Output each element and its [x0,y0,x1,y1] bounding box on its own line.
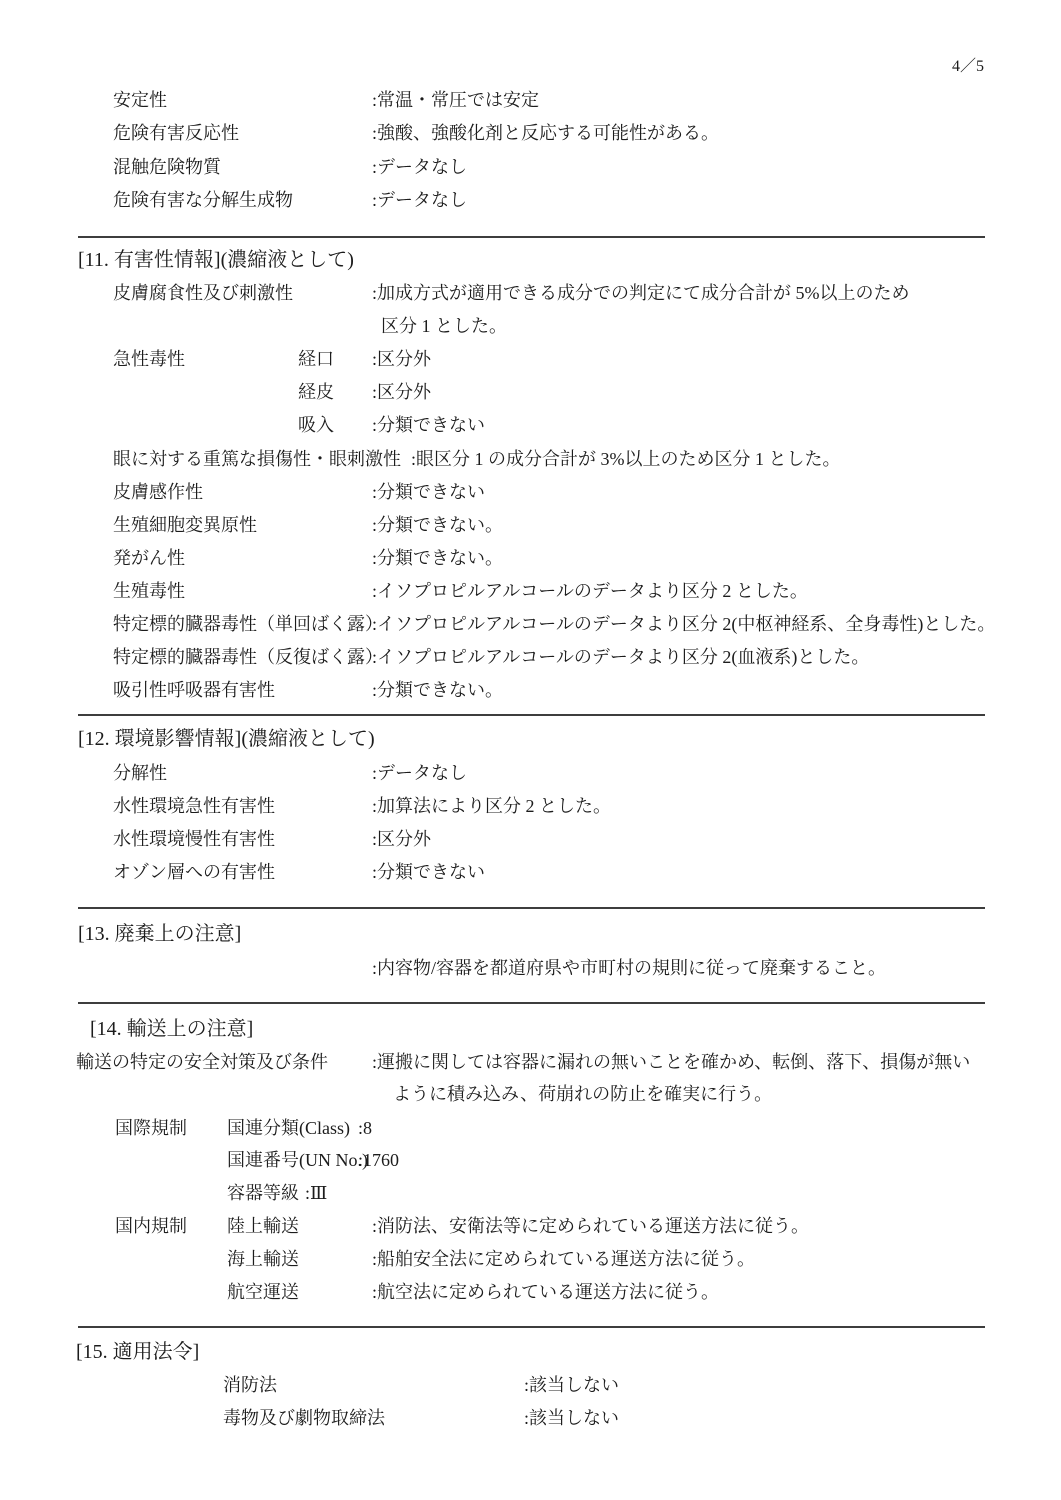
row-value: :分類できない [372,413,485,438]
route-label: 経皮 [298,380,334,405]
row-label: 消防法 [223,1373,277,1398]
row-value: :分類できない。 [372,513,503,538]
row-value: :8 [358,1116,372,1141]
row-label: 水性環境慢性有害性 [113,827,275,852]
row-label: 輸送の特定の安全対策及び条件 [76,1050,328,1075]
environment-row: 水性環境急性有害性 :加算法により区分 2 とした。 [0,794,1061,819]
environment-row: 分解性 :データなし [0,761,1061,786]
row-value: :Ⅲ [305,1181,327,1206]
row-value: :イソプロピルアルコールのデータより区分 2(中枢神経系、全身毒性)とした。 [372,612,995,637]
hazard-row: 発がん性 :分類できない。 [0,546,1061,571]
row-value: :該当しない [524,1373,619,1398]
section-divider [78,907,985,909]
row-value: :常温・常圧では安定 [372,88,539,113]
row-value-continued: ように積み込み、荷崩れの防止を確実に行う。 [393,1082,772,1107]
applicable-law-row: 消防法 :該当しない [0,1373,1061,1398]
applicable-law-row: 毒物及び劇物取締法 :該当しない [0,1406,1061,1431]
row-value: :分類できない [372,480,485,505]
skin-corrosion-row: 皮膚腐食性及び刺激性 :加成方式が適用できる成分での判定にて成分合計が 5%以上… [0,281,1061,306]
section-12-title: [12. 環境影響情報](濃縮液として) [78,726,375,753]
international-regulation-row: 容器等級 :Ⅲ [0,1181,1061,1206]
international-regulation-row: 国際規制 国連分類(Class) :8 [0,1116,1061,1141]
row-value: :分類できない。 [372,546,503,571]
row-label: 急性毒性 [113,347,185,372]
row-label: 分解性 [113,761,167,786]
international-regulation-row: 国連番号(UN No.) :1760 [0,1148,1061,1173]
skin-corrosion-row-line2: 区分 1 とした。 [0,314,1061,339]
hazard-row: 生殖細胞変異原性 :分類できない。 [0,513,1061,538]
row-label: 国連分類(Class) [227,1116,350,1141]
row-value: :区分外 [372,827,431,852]
row-label: 吸引性呼吸器有害性 [113,678,275,703]
row-label: 容器等級 [227,1181,299,1206]
row-label: 特定標的臓器毒性（反復ばく露） [113,645,383,670]
section-14-title: [14. 輸送上の注意] [90,1016,253,1043]
row-value: :消防法、安衛法等に定められている運送方法に従う。 [372,1214,809,1239]
eye-damage-row: 眼に対する重篤な損傷性・眼刺激性 :眼区分 1 の成分合計が 3%以上のため区分… [0,447,1061,472]
row-label: 生殖細胞変異原性 [113,513,257,538]
row-value: :眼区分 1 の成分合計が 3%以上のため区分 1 とした。 [411,447,841,472]
section-11-title: [11. 有害性情報](濃縮液として) [78,247,354,274]
route-label: 経口 [298,347,334,372]
route-label: 吸入 [298,413,334,438]
hazard-row: 吸引性呼吸器有害性 :分類できない。 [0,678,1061,703]
section-15-title: [15. 適用法令] [76,1339,199,1366]
row-label: 航空運送 [227,1280,299,1305]
disposal-row: :内容物/容器を都道府県や市町村の規則に従って廃棄すること。 [0,956,1061,981]
row-value: :運搬に関しては容器に漏れの無いことを確かめ、転倒、落下、損傷が無い [372,1050,970,1075]
row-value: :データなし [372,188,467,213]
row-value: :分類できない [372,860,485,885]
row-label: 安定性 [113,88,167,113]
row-value: :データなし [372,761,467,786]
row-value: :1760 [358,1148,399,1173]
page-number: 4／5 [952,56,984,78]
acute-toxicity-row: 経皮 :区分外 [0,380,1061,405]
row-value: :分類できない。 [372,678,503,703]
acute-toxicity-row: 吸入 :分類できない [0,413,1061,438]
hazard-row: 皮膚感作性 :分類できない [0,480,1061,505]
acute-toxicity-row: 急性毒性 経口 :区分外 [0,347,1061,372]
row-label: 皮膚感作性 [113,480,203,505]
row-value: :船舶安全法に定められている運送方法に従う。 [372,1247,755,1272]
domestic-regulation-row: 国内規制 陸上輸送 :消防法、安衛法等に定められている運送方法に従う。 [0,1214,1061,1239]
row-value: :イソプロピルアルコールのデータより区分 2(血液系)とした。 [372,645,869,670]
row-label: 発がん性 [113,546,185,571]
row-label: 陸上輸送 [227,1214,299,1239]
row-label: 水性環境急性有害性 [113,794,275,819]
row-label: オゾン層への有害性 [113,860,275,885]
row-value: :加算法により区分 2 とした。 [372,794,611,819]
row-label: 危険有害な分解生成物 [113,188,293,213]
hazard-row: 特定標的臓器毒性（単回ばく露） :イソプロピルアルコールのデータより区分 2(中… [0,612,1061,637]
group-label: 国際規制 [115,1116,187,1141]
row-value: :該当しない [524,1406,619,1431]
sds-document-page: 4／5 安定性 :常温・常圧では安定 危険有害反応性 :強酸、強酸化剤と反応する… [0,0,1061,1500]
transport-safety-row-line2: ように積み込み、荷崩れの防止を確実に行う。 [0,1082,1061,1107]
section-divider [78,1326,985,1328]
row-value: :区分外 [372,347,431,372]
row-label: 混触危険物質 [113,155,221,180]
row-value: :データなし [372,155,467,180]
row-label: 皮膚腐食性及び刺激性 [113,281,293,306]
domestic-regulation-row: 海上輸送 :船舶安全法に定められている運送方法に従う。 [0,1247,1061,1272]
row-value: :航空法に定められている運送方法に従う。 [372,1280,719,1305]
section-divider [78,714,985,716]
row-value: :区分外 [372,380,431,405]
hazard-row: 特定標的臓器毒性（反復ばく露） :イソプロピルアルコールのデータより区分 2(血… [0,645,1061,670]
row-label: 特定標的臓器毒性（単回ばく露） [113,612,383,637]
hazard-row: 生殖毒性 :イソプロピルアルコールのデータより区分 2 とした。 [0,579,1061,604]
row-label: 生殖毒性 [113,579,185,604]
row-value-continued: 区分 1 とした。 [381,314,507,339]
environment-row: 水性環境慢性有害性 :区分外 [0,827,1061,852]
row-value: :イソプロピルアルコールのデータより区分 2 とした。 [372,579,808,604]
stability-row: 危険有害反応性 :強酸、強酸化剤と反応する可能性がある。 [0,121,1061,146]
row-label: 海上輸送 [227,1247,299,1272]
section-divider [78,1002,985,1004]
stability-row: 安定性 :常温・常圧では安定 [0,88,1061,113]
row-value: :強酸、強酸化剤と反応する可能性がある。 [372,121,719,146]
group-label: 国内規制 [115,1214,187,1239]
stability-row: 危険有害な分解生成物 :データなし [0,188,1061,213]
section-13-title: [13. 廃棄上の注意] [78,921,241,948]
section-divider [78,236,985,238]
row-label: 毒物及び劇物取締法 [223,1406,385,1431]
row-value: :内容物/容器を都道府県や市町村の規則に従って廃棄すること。 [372,956,886,981]
row-label: 眼に対する重篤な損傷性・眼刺激性 [113,447,401,472]
stability-row: 混触危険物質 :データなし [0,155,1061,180]
environment-row: オゾン層への有害性 :分類できない [0,860,1061,885]
domestic-regulation-row: 航空運送 :航空法に定められている運送方法に従う。 [0,1280,1061,1305]
transport-safety-row: 輸送の特定の安全対策及び条件 :運搬に関しては容器に漏れの無いことを確かめ、転倒… [0,1050,1061,1075]
row-label: 危険有害反応性 [113,121,239,146]
row-value: :加成方式が適用できる成分での判定にて成分合計が 5%以上のため [372,281,910,306]
row-label: 国連番号(UN No.) [227,1148,368,1173]
